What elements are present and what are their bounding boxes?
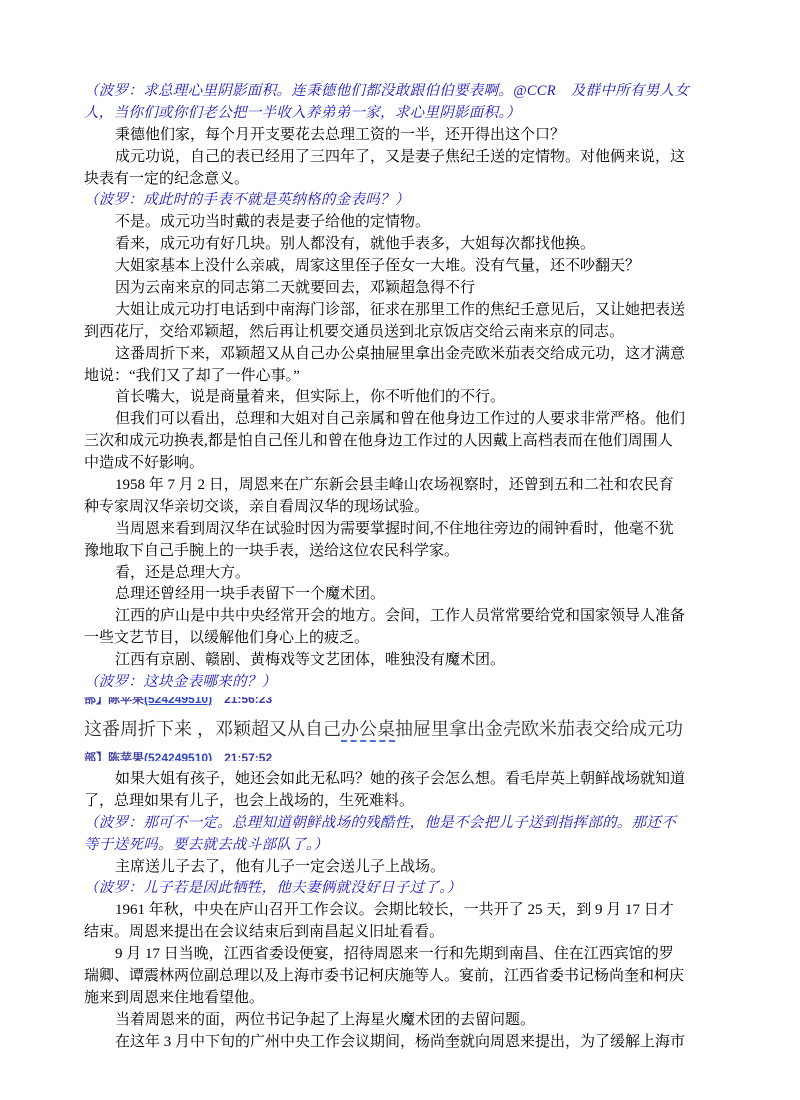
text-line: 1958 年 7 月 2 日，周恩来在广东新会县圭峰山农场视察时，还曾到五和二社…	[84, 475, 744, 497]
text-line: 豫地取下自己手腕上的一块手表，送给这位农民科学家。	[84, 541, 744, 563]
text-line: 成元功说，自己的表已经用了三四年了，又是妻子焦纪壬送的定情物。对他俩来说，这	[84, 147, 744, 169]
text-line: 到西花厅，交给邓颖超，然后再让机要交通员送到北京饭店交给云南来京的同志。	[84, 322, 744, 344]
chat-header-inner: 部】陈苹果(524249510)21:57:52	[84, 749, 744, 761]
text-line: 结束。周恩来提出在会议结束后到南昌起义旧址看看。	[84, 922, 744, 944]
text-line: 一些文艺节目，以缓解他们身心上的疲乏。	[84, 628, 744, 650]
text-line: 瑞卿、谭震林两位副总理以及上海市委书记柯庆施等人。宴前，江西省委书记杨尚奎和柯庆	[84, 966, 744, 988]
text-line: 当着周恩来的面，两位书记争起了上海星火魔术团的去留问题。	[84, 1010, 744, 1032]
text-line: 总理还曾经用一块手表留下一个魔术团。	[84, 584, 744, 606]
text-line: 但我们可以看出，总理和大姐对自己亲属和曾在他身边工作过的人要求非常严格。他们	[84, 409, 744, 431]
text-line: 了，总理如果有儿子，也会上战场的，生死难料。	[84, 791, 744, 813]
chat-sender-name: 部】陈苹果	[84, 751, 144, 761]
text-line: 块表有一定的纪念意义。	[84, 169, 744, 191]
text-line: 首长嘴大，说是商量着来，但实际上，你不听他们的不行。	[84, 387, 744, 409]
text-line: 大姐家基本上没什么亲戚，周家这里侄子侄女一大堆。没有气量，还不吵翻天？	[84, 256, 744, 278]
text-line: 秉德他们家，每个月开支要花去总理工资的一半，还开得出这个口？	[84, 125, 744, 147]
text-line: 主席送儿子去了，他有儿子一定会送儿子上战场。	[84, 857, 744, 879]
chat-quote-prefix: 这番周折下来 ，邓颖超又从自己	[84, 719, 341, 739]
text-line: 9 月 17 日当晚，江西省委设便宴，招待周恩来一行和先期到南昌、住在江西宾馆的…	[84, 944, 744, 966]
text-line: 看，还是总理大方。	[84, 563, 744, 585]
chat-qq-number-link[interactable]: (524249510)	[144, 751, 212, 761]
text-line: 三次和成元功换表,都是怕自己侄儿和曾在他身边工作过的人因戴上高档表而在他们周围人	[84, 431, 744, 453]
text-line: 中造成不好影响。	[84, 453, 744, 475]
document-page: （波罗：求总理心里阴影面积。连秉德他们都没敢跟伯伯要表啊。@CCR 及群中所有男…	[84, 81, 744, 1054]
text-line: 在这年 3 月中下旬的广州中央工作会议期间，杨尚奎就向周恩来提出，为了缓解上海市	[84, 1032, 744, 1054]
reviewer-comment-line: （波罗：成此时的手表不就是英纳格的金表吗？）	[84, 190, 744, 212]
text-line: 地说：“我们又了却了一件心事。”	[84, 366, 744, 388]
text-line: 看来，成元功有好几块。别人都没有，就他手表多，大姐每次都找他换。	[84, 234, 744, 256]
reviewer-comment-line: （波罗：求总理心里阴影面积。连秉德他们都没敢跟伯伯要表啊。@CCR 及群中所有男…	[84, 81, 744, 103]
text-line: 1961 年秋，中央在庐山召开工作会议。会期比较长，一共开了 25 天，到 9 …	[84, 900, 744, 922]
text-line: 种专家周汉华亲切交谈，亲自看周汉华的现场试验。	[84, 497, 744, 519]
text-line: 如果大姐有孩子，她还会如此无私吗？她的孩子会怎么想。看毛岸英上朝鲜战场就知道	[84, 769, 744, 791]
text-line: 不是。成元功当时戴的表是妻子给他的定情物。	[84, 212, 744, 234]
chat-message-header-clipped-top: 部】陈苹果(524249510)21:56:23	[84, 697, 744, 711]
reviewer-comment-line: 等于送死吗。要去就去战斗部队了。）	[84, 835, 744, 857]
chat-sender-name: 部】陈苹果	[84, 697, 144, 706]
text-line: 江西有京剧、赣剧、黄梅戏等文艺团体，唯独没有魔术团。	[84, 650, 744, 672]
text-line: 因为云南来京的同志第二天就要回去，邓颖超急得不行	[84, 278, 744, 300]
text-line: 大姐让成元功打电话到中南海门诊部，征求在那里工作的焦纪壬意见后，又让她把表送	[84, 300, 744, 322]
text-line: 江西的庐山是中共中央经常开会的地方。会间，工作人员常常要给党和国家领导人准备	[84, 606, 744, 628]
chat-quoted-text: 这番周折下来 ，邓颖超又从自己办公桌抽屉里拿出金壳欧米茄表交给成元功	[84, 714, 685, 745]
chat-timestamp: 21:56:23	[224, 697, 272, 706]
text-line: 当周恩来看到周汉华在试验时因为需要掌握时间,不住地往旁边的闹钟看时，他毫不犹	[84, 519, 744, 541]
reviewer-comment-line: （波罗：这块金表哪来的？）	[84, 672, 744, 694]
chat-quote-spellcheck-underline: 办公桌	[341, 719, 395, 742]
chat-message-header-clipped-bottom: 部】陈苹果(524249510)21:57:52	[84, 749, 744, 761]
reviewer-comment-line: （波罗：那可不一定。总理知道朝鲜战场的残酷性，他是不会把儿子送到指挥部的。那还不	[84, 813, 744, 835]
reviewer-comment-line: 人，当你们或你们老公把一半收入养弟弟一家，求心里阴影面积。）	[84, 103, 744, 125]
text-line: 这番周折下来，邓颖超又从自己办公桌抽屉里拿出金壳欧米茄表交给成元功，这才满意	[84, 344, 744, 366]
chat-header-inner: 部】陈苹果(524249510)21:56:23	[84, 697, 744, 708]
chat-qq-number-link[interactable]: (524249510)	[144, 697, 212, 706]
chat-quote-suffix: 抽屉里拿出金壳欧米茄表交给成元功	[395, 719, 683, 739]
chat-timestamp: 21:57:52	[224, 751, 272, 761]
text-line: 施来到周恩来住地看望他。	[84, 988, 744, 1010]
reviewer-comment-line: （波罗：儿子若是因此牺牲，他夫妻俩就没好日子过了。）	[84, 878, 744, 900]
